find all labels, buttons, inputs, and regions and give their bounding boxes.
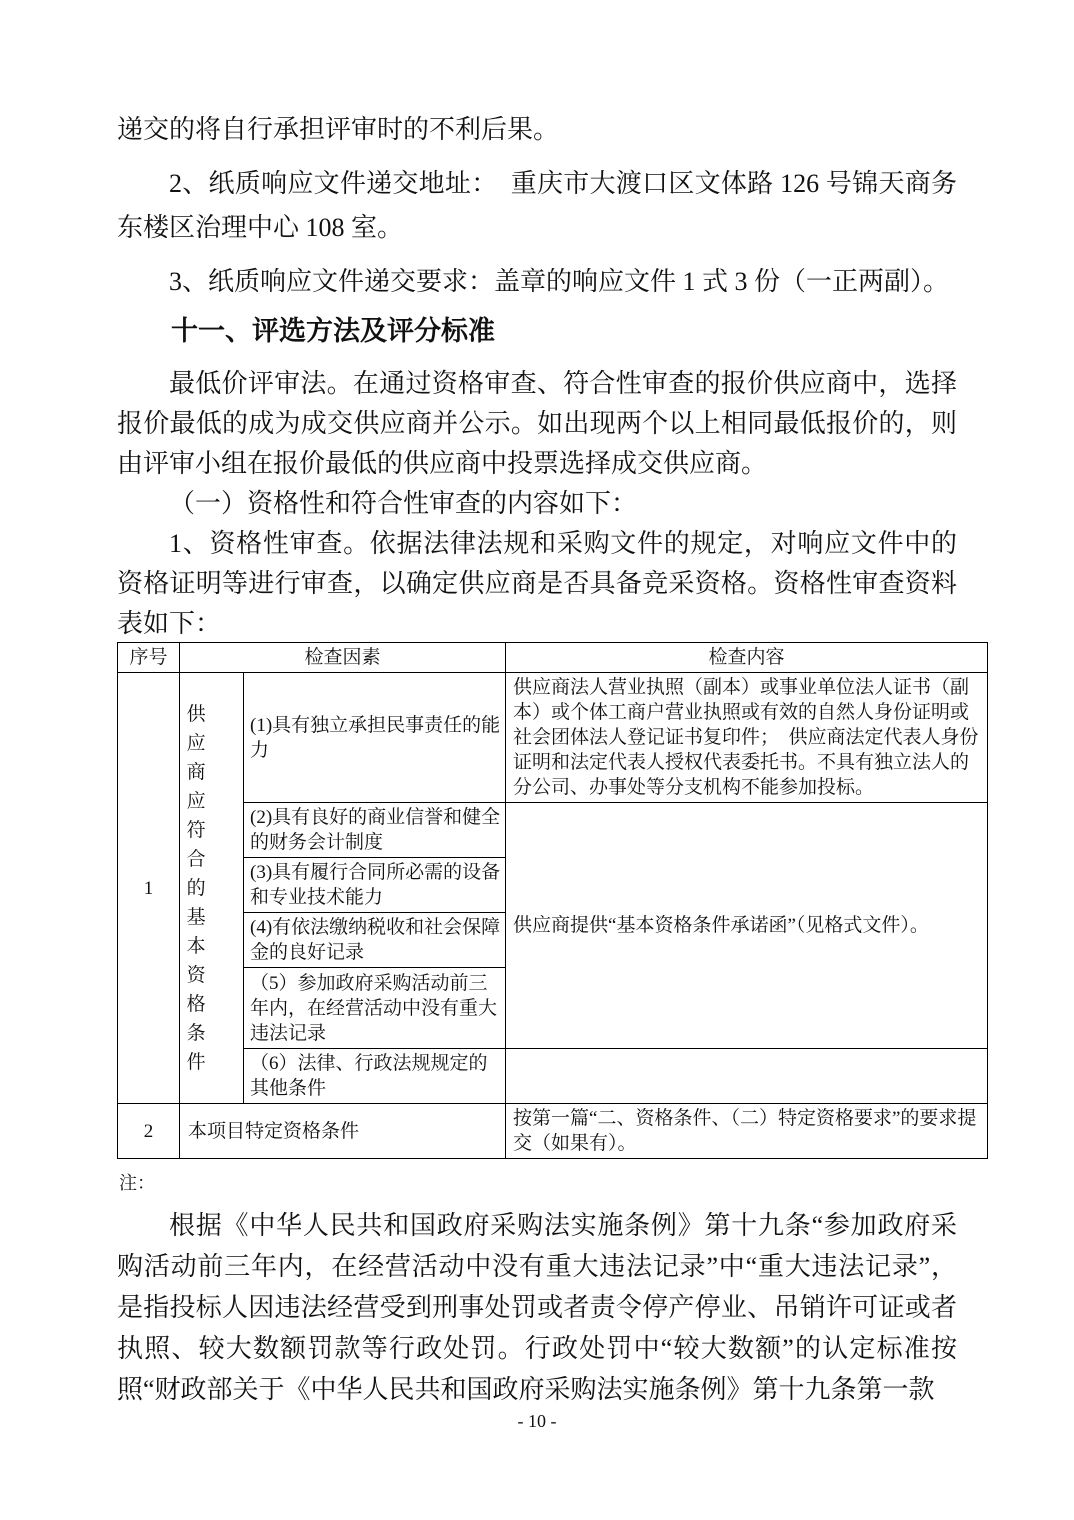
cell-factor-3: (3)具有履行合同所必需的设备和专业技术能力 <box>244 858 506 913</box>
paragraph-requirement: 3、纸质响应文件递交要求：盖章的响应文件 1 式 3 份（一正两副）。 <box>117 262 957 302</box>
table-row: 2 本项目特定资格条件 按第一篇“二、资格条件、（二）特定资格要求”的要求提交（… <box>118 1104 988 1159</box>
cell-factor-5: （5）参加政府采购活动前三年内，在经营活动中没有重大违法记录 <box>244 968 506 1049</box>
header-serial-number: 序号 <box>118 643 180 673</box>
document-page: 递交的将自行承担评审时的不利后果。 2、纸质响应文件递交地址： 重庆市大渡口区文… <box>0 0 1074 1520</box>
cell-content-1: 供应商法人营业执照（副本）或事业单位法人证书（副本）或个体工商户营业执照或有效的… <box>506 673 988 803</box>
table-row: 1 供应商应符合的基本资格条件 (1)具有独立承担民事责任的能力 供应商法人营业… <box>118 673 988 803</box>
cell-content-6 <box>506 1049 988 1104</box>
cell-row2-factor: 本项目特定资格条件 <box>180 1104 506 1159</box>
page-number: - 10 - <box>0 1410 1074 1432</box>
table-header-row: 序号 检查因素 检查内容 <box>118 643 988 673</box>
cell-factor-6: （6）法律、行政法规规定的其他条件 <box>244 1049 506 1104</box>
cell-content-2-5: 供应商提供“基本资格条件承诺函”（见格式文件）。 <box>506 803 988 1049</box>
section-heading: 十一、评选方法及评分标准 <box>117 311 957 351</box>
table-row: （6）法律、行政法规规定的其他条件 <box>118 1049 988 1104</box>
cell-factor-1: (1)具有独立承担民事责任的能力 <box>244 673 506 803</box>
cell-factor-2: (2)具有良好的商业信誉和健全的财务会计制度 <box>244 803 506 858</box>
cell-row2-content: 按第一篇“二、资格条件、（二）特定资格要求”的要求提交（如果有）。 <box>506 1104 988 1159</box>
note-label: 注： <box>119 1168 155 1198</box>
table-row: (2)具有良好的商业信誉和健全的财务会计制度 供应商提供“基本资格条件承诺函”（… <box>118 803 988 858</box>
header-check-factor: 检查因素 <box>180 643 506 673</box>
cell-group-label: 供应商应符合的基本资格条件 <box>180 673 244 1104</box>
paragraph-evaluation-method: 最低价评审法。在通过资格审查、符合性审查的报价供应商中，选择报价最低的成为成交供… <box>117 364 957 484</box>
header-check-content: 检查内容 <box>506 643 988 673</box>
cell-row2-number: 2 <box>118 1104 180 1159</box>
paragraph-carryover: 递交的将自行承担评审时的不利后果。 <box>117 110 957 150</box>
qualification-review-table: 序号 检查因素 检查内容 1 供应商应符合的基本资格条件 (1)具有独立承担民事… <box>117 642 988 1159</box>
cell-factor-4: (4)有依法缴纳税收和社会保障金的良好记录 <box>244 913 506 968</box>
cell-row1-number: 1 <box>118 673 180 1104</box>
paragraph-note-body: 根据《中华人民共和国政府采购法实施条例》第十九条“参加政府采购活动前三年内，在经… <box>117 1205 957 1410</box>
paragraph-address: 2、纸质响应文件递交地址： 重庆市大渡口区文体路 126 号锦天商务东楼区治理中… <box>117 162 957 250</box>
paragraph-qualification-review: 1、资格性审查。依据法律法规和采购文件的规定，对响应文件中的资格证明等进行审查，… <box>117 524 957 644</box>
group-label-text: 供应商应符合的基本资格条件 <box>187 700 237 1077</box>
paragraph-review-intro: （一）资格性和符合性审查的内容如下： <box>117 484 957 524</box>
